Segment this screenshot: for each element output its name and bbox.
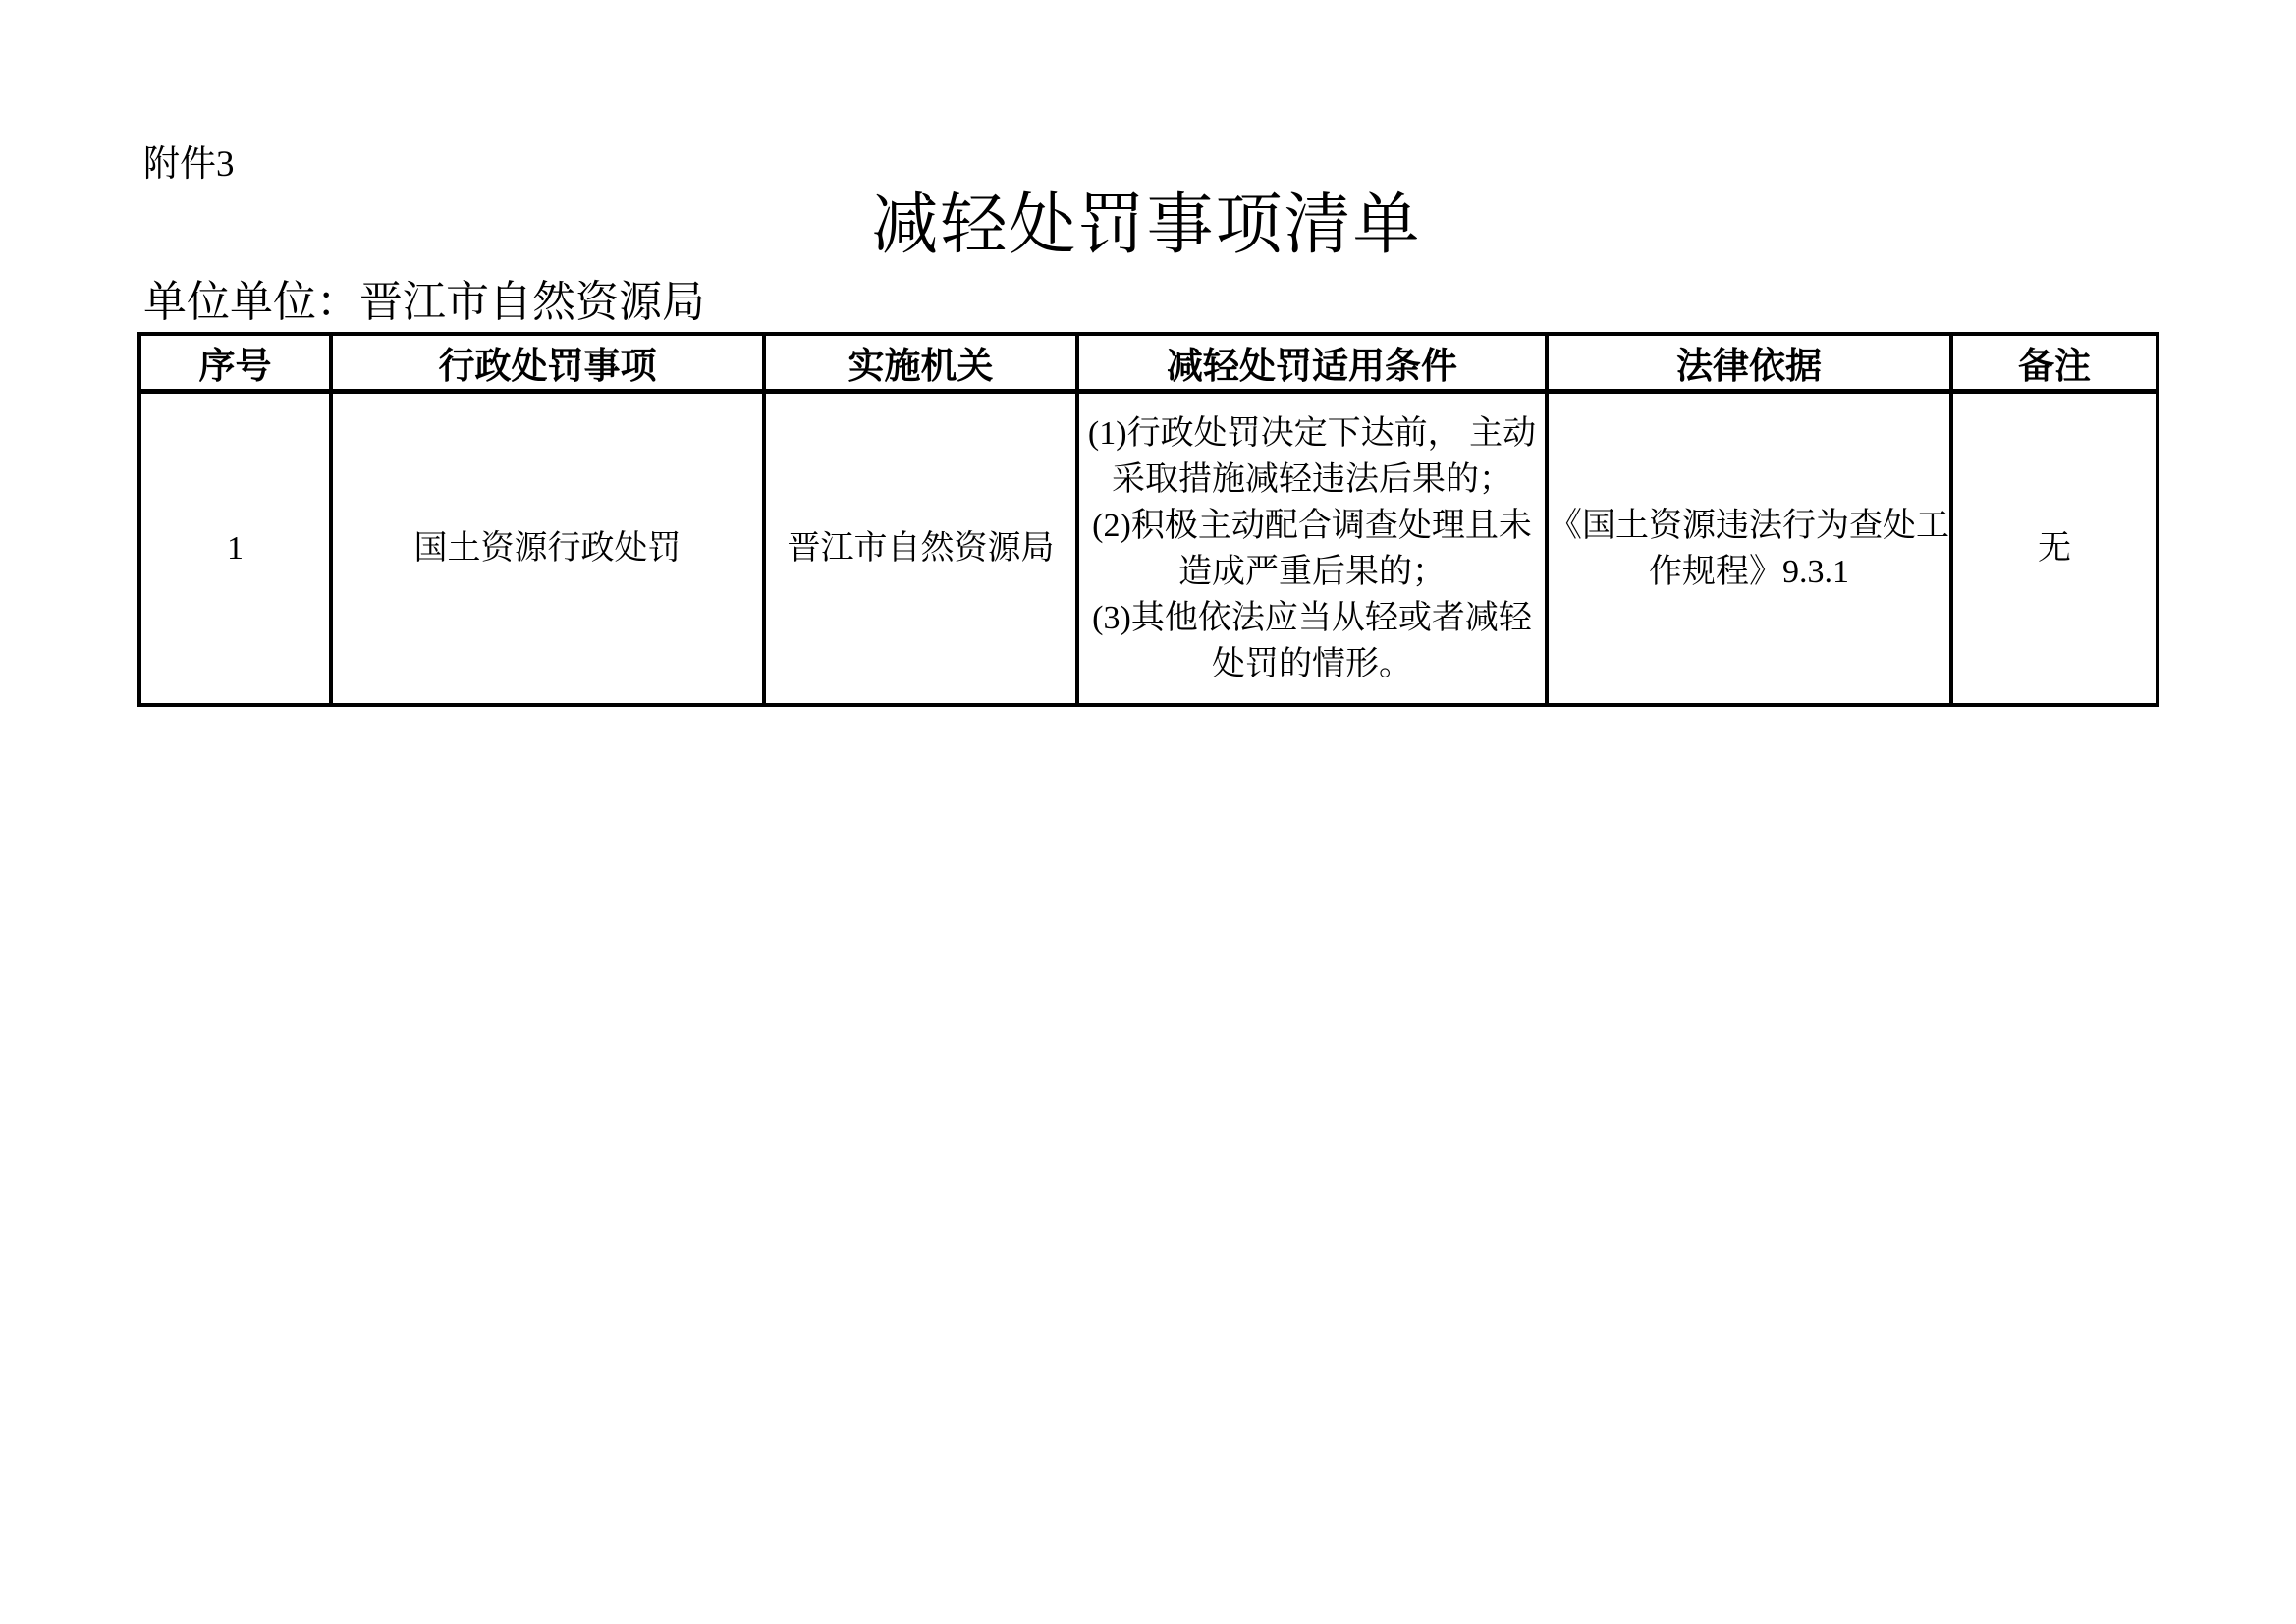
table-row: 1 国土资源行政处罚 晋江市自然资源局 (1)行政处罚决定下达前， 主动采取措施… <box>139 392 2158 706</box>
col-header-legal-basis: 法律依据 <box>1547 334 1951 392</box>
attachment-label: 附件3 <box>143 145 235 186</box>
condition-item-1: (1)行政处罚决定下达前， 主动采取措施减轻违法后果的； <box>1079 410 1545 503</box>
col-header-seq: 序号 <box>139 334 331 392</box>
cell-conditions: (1)行政处罚决定下达前， 主动采取措施减轻违法后果的； (2)积极主动配合调查… <box>1077 392 1547 706</box>
punishment-items-table: 序号 行政处罚事项 实施机关 减轻处罚适用条件 法律依据 备注 1 国土资源行政… <box>137 332 2159 707</box>
col-header-conditions: 减轻处罚适用条件 <box>1077 334 1547 392</box>
condition-item-3: (3)其他依法应当从轻或者减轻处罚的情形。 <box>1079 595 1545 687</box>
col-header-punishment-item: 行政处罚事项 <box>331 334 764 392</box>
table-header-row: 序号 行政处罚事项 实施机关 减轻处罚适用条件 法律依据 备注 <box>139 334 2158 392</box>
cell-punishment-item: 国土资源行政处罚 <box>331 392 764 706</box>
cell-legal-basis: 《国土资源违法行为查处工作规程》9.3.1 <box>1547 392 1951 706</box>
page-title: 减轻处罚事项清单 <box>137 189 2156 262</box>
condition-item-2: (2)积极主动配合调查处理且未造成严重后果的； <box>1079 503 1545 595</box>
unit-label: 单位单位：晋江市自然资源局 <box>143 279 705 326</box>
document-page: 附件3 减轻处罚事项清单 单位单位：晋江市自然资源局 序号 行政处罚事项 实施机… <box>0 0 2296 1624</box>
cell-seq: 1 <box>139 392 331 706</box>
cell-remarks: 无 <box>1951 392 2158 706</box>
col-header-remarks: 备注 <box>1951 334 2158 392</box>
col-header-implementing-agency: 实施机关 <box>764 334 1077 392</box>
cell-implementing-agency: 晋江市自然资源局 <box>764 392 1077 706</box>
